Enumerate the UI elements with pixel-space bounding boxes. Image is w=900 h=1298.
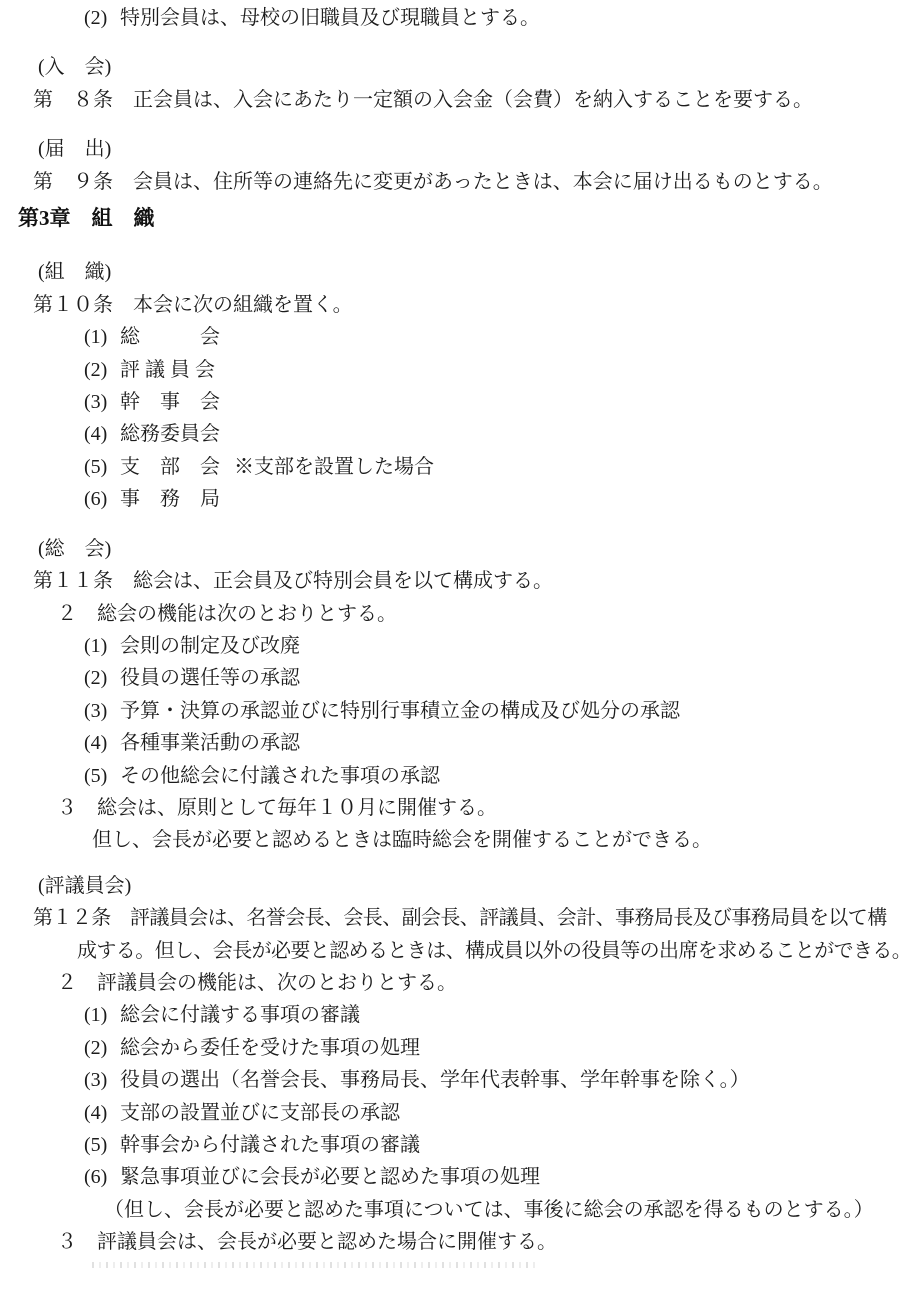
line-text: ３ 評議員会は、会長が必要と認めた場合に開催する。: [57, 1231, 557, 1253]
section-label: (評議員会): [38, 870, 900, 902]
item-text: その他総会に付議された事項の承認: [120, 760, 440, 792]
org-name: 幹 事 会: [120, 386, 220, 418]
line-text: （但し、会長が必要と認めた事項については、事後に総会の承認を得るものとする。）: [104, 1199, 874, 1221]
org-name: 事 務 局: [120, 483, 220, 515]
section-label: (入 会): [38, 51, 900, 83]
list-item: (2)役員の選任等の承認: [84, 662, 900, 694]
item-number: (1): [84, 999, 120, 1031]
item-text: 支部の設置並びに支部長の承認: [120, 1097, 400, 1129]
org-list-item: (1)総 会: [84, 321, 900, 353]
org-name: 評 議 員 会: [120, 354, 215, 386]
list-item: (5)その他総会に付議された事項の承認: [84, 760, 900, 792]
article-line: 第１１条 総会は、正会員及び特別会員を以て構成する。: [33, 565, 900, 597]
list-item: (2)総会から委任を受けた事項の処理: [84, 1032, 900, 1064]
item-text: 役員の選任等の承認: [120, 662, 300, 694]
section-label: (総 会): [38, 533, 900, 565]
line-text: ２ 総会の機能は次のとおりとする。: [57, 603, 397, 625]
section-label: (組 織): [38, 256, 900, 288]
line-text: 第3章 組 織: [18, 206, 155, 230]
continuation-line: 但し、会長が必要と認めるときは臨時総会を開催することができる。: [92, 824, 900, 856]
item-number: (3): [84, 1064, 120, 1096]
item-number: (3): [84, 386, 120, 418]
item-text: 特別会員は、母校の旧職員及び現職員とする。: [120, 2, 540, 34]
item-text: 各種事業活動の承認: [120, 727, 300, 759]
item-number: (2): [84, 1032, 120, 1064]
item-number: (6): [84, 483, 120, 515]
article-line: 第１０条 本会に次の組織を置く。: [33, 289, 900, 321]
item-text: 緊急事項並びに会長が必要と認めた事項の処理: [120, 1161, 540, 1193]
line-text: 第 ９条 会員は、住所等の連絡先に変更があったときは、本会に届け出るものとする。: [33, 171, 833, 193]
list-item: (5)幹事会から付議された事項の審議: [84, 1129, 900, 1161]
org-note: ※支部を設置した場合: [234, 451, 434, 483]
list-item: (1)会則の制定及び改廃: [84, 630, 900, 662]
line-text: 第 ８条 正会員は、入会にあたり一定額の入会金（会費）を納入することを要する。: [33, 89, 813, 111]
list-item: (4)各種事業活動の承認: [84, 727, 900, 759]
sub-clause-line: ３ 総会は、原則として毎年１０月に開催する。: [57, 792, 900, 824]
item-number: (3): [84, 695, 120, 727]
article-line: 第 ８条 正会員は、入会にあたり一定額の入会金（会費）を納入することを要する。: [33, 84, 900, 116]
item-text: 幹事会から付議された事項の審議: [120, 1129, 420, 1161]
article-line: 第 ９条 会員は、住所等の連絡先に変更があったときは、本会に届け出るものとする。: [33, 166, 900, 198]
line-text: 第１１条 総会は、正会員及び特別会員を以て構成する。: [33, 570, 553, 592]
item-text: 予算・決算の承認並びに特別行事積立金の構成及び処分の承認: [120, 695, 680, 727]
org-list-item: (5)支 部 会※支部を設置した場合: [84, 451, 900, 483]
item-number: (4): [84, 418, 120, 450]
item-number: (1): [84, 321, 120, 353]
org-list-item: (4)総務委員会: [84, 418, 900, 450]
item-number: (5): [84, 451, 120, 483]
line-text: (総 会): [38, 538, 111, 560]
line-text: 但し、会長が必要と認めるときは臨時総会を開催することができる。: [92, 829, 712, 851]
article-line: 第１２条 評議員会は、名誉会長、会長、副会長、評議員、会計、事務局長及び事務局員…: [33, 902, 900, 934]
list-item: (3)役員の選出（名誉会長、事務局長、学年代表幹事、学年幹事を除く。）: [84, 1064, 900, 1096]
org-list-item: (2)評 議 員 会: [84, 354, 900, 386]
line-text: 成する。但し、会長が必要と認めるときは、構成員以外の役員等の出席を求めることがで…: [77, 940, 900, 962]
list-item: (6)緊急事項並びに会長が必要と認めた事項の処理: [84, 1161, 900, 1193]
list-item: (1)総会に付議する事項の審議: [84, 999, 900, 1031]
line-text: (評議員会): [38, 875, 131, 897]
org-name: 総 会: [120, 321, 220, 353]
section-label: (届 出): [38, 133, 900, 165]
org-list-item: (6)事 務 局: [84, 483, 900, 515]
line-text: ２ 評議員会の機能は、次のとおりとする。: [57, 972, 457, 994]
org-name: 支 部 会: [120, 451, 220, 483]
org-list-item: (3)幹 事 会: [84, 386, 900, 418]
item-continuation-line: （但し、会長が必要と認めた事項については、事後に総会の承認を得るものとする。）: [104, 1194, 900, 1226]
line-text: ３ 総会は、原則として毎年１０月に開催する。: [57, 797, 497, 819]
item-number: (4): [84, 727, 120, 759]
document-page: (2)特別会員は、母校の旧職員及び現職員とする。(入 会)第 ８条 正会員は、入…: [0, 0, 900, 1298]
sub-clause-line: ２ 評議員会の機能は、次のとおりとする。: [57, 967, 900, 999]
item-number: (1): [84, 630, 120, 662]
item-number: (6): [84, 1161, 120, 1193]
item-text: 会則の制定及び改廃: [120, 630, 300, 662]
chapter-heading: 第3章 組 織: [18, 202, 900, 234]
item-number: (2): [84, 2, 120, 34]
sub-clause-line: ３ 評議員会は、会長が必要と認めた場合に開催する。: [57, 1226, 900, 1258]
item-number: (2): [84, 662, 120, 694]
list-item: (2)特別会員は、母校の旧職員及び現職員とする。: [84, 2, 900, 34]
line-text: (届 出): [38, 138, 111, 160]
item-number: (4): [84, 1097, 120, 1129]
item-number: (2): [84, 354, 120, 386]
list-item: (4)支部の設置並びに支部長の承認: [84, 1097, 900, 1129]
line-text: (組 織): [38, 261, 111, 283]
sub-clause-line: ２ 総会の機能は次のとおりとする。: [57, 598, 900, 630]
article-wrap-line: 成する。但し、会長が必要と認めるときは、構成員以外の役員等の出席を求めることがで…: [77, 935, 900, 967]
item-text: 総会に付議する事項の審議: [120, 999, 360, 1031]
item-text: 役員の選出（名誉会長、事務局長、学年代表幹事、学年幹事を除く。）: [120, 1064, 750, 1096]
org-name: 総務委員会: [120, 418, 220, 450]
line-text: 第１２条 評議員会は、名誉会長、会長、副会長、評議員、会計、事務局長及び事務局員…: [33, 907, 887, 929]
line-text: 第１０条 本会に次の組織を置く。: [33, 294, 353, 316]
list-item: (3)予算・決算の承認並びに特別行事積立金の構成及び処分の承認: [84, 695, 900, 727]
line-text: (入 会): [38, 56, 111, 78]
scan-artifact-line: [92, 1262, 537, 1268]
item-text: 総会から委任を受けた事項の処理: [120, 1032, 420, 1064]
item-number: (5): [84, 1129, 120, 1161]
item-number: (5): [84, 760, 120, 792]
document-lines: (2)特別会員は、母校の旧職員及び現職員とする。(入 会)第 ８条 正会員は、入…: [0, 2, 900, 1268]
